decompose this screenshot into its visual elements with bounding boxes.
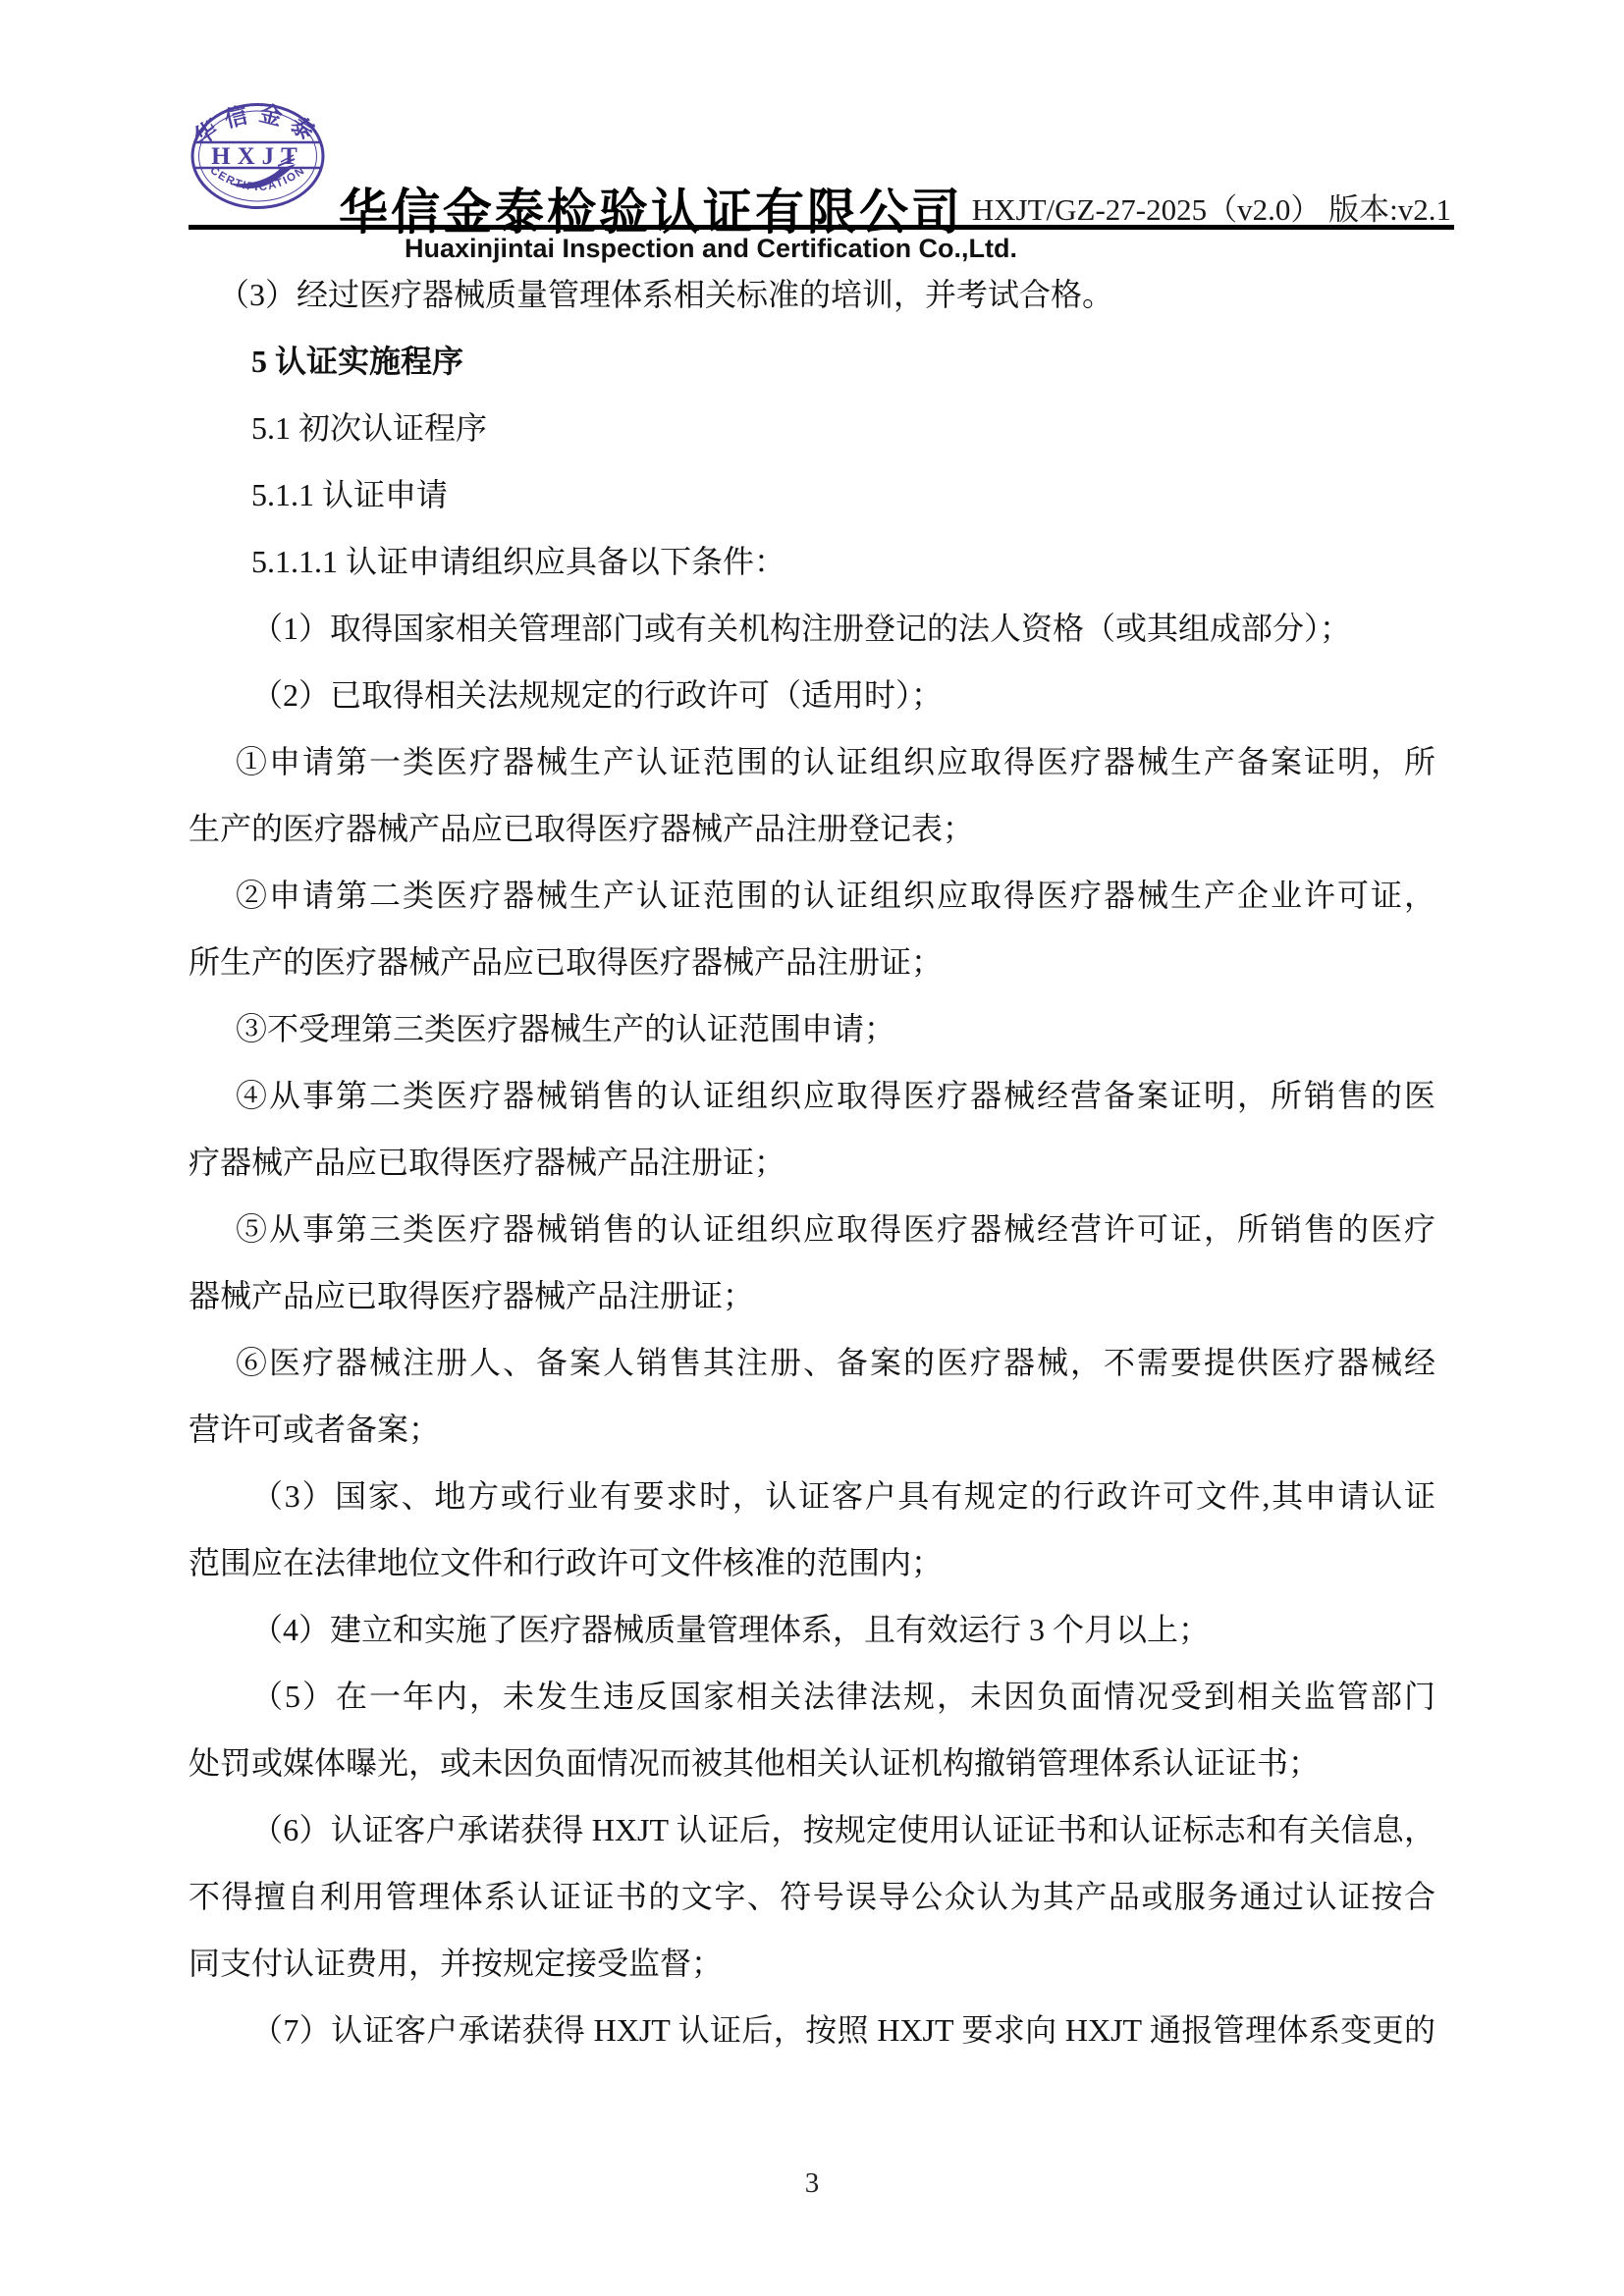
page-number: 3 — [0, 2167, 1624, 2200]
body-line: 范围应在法律地位文件和行政许可文件核准的范围内； — [189, 1529, 1435, 1596]
body-line: （3）国家、地方或行业有要求时，认证客户具有规定的行政许可文件,其申请认证 — [189, 1463, 1435, 1529]
document-number: HXJT/GZ-27-2025（v2.0） 版本:v2.1 — [884, 185, 1451, 229]
body-line: 生产的医疗器械产品应已取得医疗器械产品注册登记表； — [189, 795, 1435, 862]
body-line: ④从事第二类医疗器械销售的认证组织应取得医疗器械经营备案证明，所销售的医 — [189, 1062, 1435, 1129]
company-name-english: Huaxinjintai Inspection and Certificatio… — [405, 234, 1017, 264]
body-line: （1）取得国家相关管理部门或有关机构注册登记的法人资格（或其组成部分）； — [189, 595, 1435, 662]
body-line: 疗器械产品应已取得医疗器械产品注册证； — [189, 1129, 1435, 1196]
body-line: 器械产品应已取得医疗器械产品注册证； — [189, 1262, 1435, 1329]
body-line: （6）认证客户承诺获得 HXJT 认证后，按规定使用认证证书和认证标志和有关信息… — [189, 1796, 1435, 1863]
body-line: ⑤从事第三类医疗器械销售的认证组织应取得医疗器械经营许可证，所销售的医疗 — [189, 1196, 1435, 1262]
body-line: （4）建立和实施了医疗器械质量管理体系，且有效运行 3 个月以上； — [189, 1596, 1435, 1663]
body-line: ⑥医疗器械注册人、备案人销售其注册、备案的医疗器械，不需要提供医疗器械经 — [189, 1329, 1435, 1396]
body-line: 同支付认证费用，并按规定接受监督； — [189, 1930, 1435, 1997]
body-line: 不得擅自利用管理体系认证证书的文字、符号误导公众认为其产品或服务通过认证按合 — [189, 1863, 1435, 1930]
body-line: ③不受理第三类医疗器械生产的认证范围申请； — [189, 995, 1435, 1062]
body-line: 5.1.1.1 认证申请组织应具备以下条件： — [189, 528, 1435, 595]
header-rule — [189, 225, 1454, 230]
body-line: ①申请第一类医疗器械生产认证范围的认证组织应取得医疗器械生产备案证明，所 — [189, 728, 1435, 795]
body-line: 处罚或媒体曝光，或未因负面情况而被其他相关认证机构撤销管理体系认证证书； — [189, 1730, 1435, 1796]
body-line: （7）认证客户承诺获得 HXJT 认证后，按照 HXJT 要求向 HXJT 通报… — [189, 1997, 1435, 2063]
body-line: 5 认证实施程序 — [189, 328, 1435, 395]
body-line: 营许可或者备案； — [189, 1396, 1435, 1463]
body-line: ②申请第二类医疗器械生产认证范围的认证组织应取得医疗器械生产企业许可证， — [189, 862, 1435, 929]
body-line: （2）已取得相关法规规定的行政许可（适用时）； — [189, 662, 1435, 728]
body-line: 5.1.1 认证申请 — [189, 461, 1435, 528]
document-body: （3）经过医疗器械质量管理体系相关标准的培训，并考试合格。5 认证实施程序5.1… — [189, 261, 1435, 2063]
document-page: 华信金泰 HXJT CERTIFICATION 华信金泰检验认证有限公司 HXJ… — [0, 0, 1624, 2296]
body-line: （5）在一年内，未发生违反国家相关法律法规，未因负面情况受到相关监管部门 — [189, 1663, 1435, 1730]
body-line: 5.1 初次认证程序 — [189, 395, 1435, 461]
company-seal-logo: 华信金泰 HXJT CERTIFICATION — [189, 102, 326, 210]
body-line: 所生产的医疗器械产品应已取得医疗器械产品注册证； — [189, 929, 1435, 995]
body-line: （3）经过医疗器械质量管理体系相关标准的培训，并考试合格。 — [189, 261, 1435, 328]
